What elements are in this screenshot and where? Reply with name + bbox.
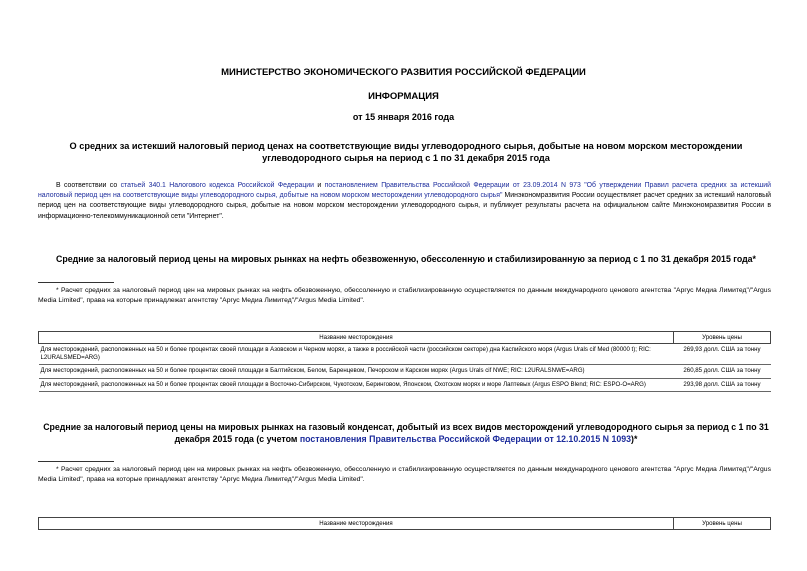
intro-paragraph: В соответствии со статьей 340.1 Налогово…: [38, 181, 771, 222]
price-cell: 269,93 долл. США за тонну: [674, 344, 771, 365]
price-cell: 293,98 долл. США за тонну: [674, 378, 771, 391]
document-date: от 15 января 2016 года: [0, 112, 807, 122]
footnote-divider: [38, 282, 114, 283]
condensate-prices-section-title: Средние за налоговый период цены на миро…: [36, 421, 776, 445]
table-row: Для месторождений, расположенных на 50 и…: [39, 378, 771, 391]
footnote-divider: [38, 461, 114, 462]
column-header-field-name: Название месторождения: [39, 518, 674, 530]
oil-prices-section-title: Средние за налоговый период цены на миро…: [36, 254, 776, 264]
field-name-cell: Для месторождений, расположенных на 50 и…: [39, 344, 674, 365]
document-type-heading: ИНФОРМАЦИЯ: [0, 91, 807, 102]
government-decree-1093-link[interactable]: постановления Правительства Российской Ф…: [300, 434, 631, 444]
intro-middle: и: [314, 182, 325, 189]
condensate-footnote: * Расчет средних за налоговый период цен…: [38, 465, 771, 485]
document-page: МИНИСТЕРСТВО ЭКОНОМИЧЕСКОГО РАЗВИТИЯ РОС…: [0, 0, 807, 571]
column-header-field-name: Название месторождения: [39, 332, 674, 344]
price-cell: 260,85 долл. США за тонну: [674, 365, 771, 378]
table-row: Для месторождений, расположенных на 50 и…: [39, 365, 771, 378]
ministry-heading: МИНИСТЕРСТВО ЭКОНОМИЧЕСКОГО РАЗВИТИЯ РОС…: [0, 67, 807, 78]
condensate-prices-table: Название месторождения Уровень цены: [38, 517, 771, 530]
field-name-cell: Для месторождений, расположенных на 50 и…: [39, 378, 674, 391]
intro-prefix: В соответствии со: [56, 182, 121, 189]
table-header-row: Название месторождения Уровень цены: [39, 332, 771, 344]
condensate-title-suffix: )*: [631, 434, 637, 444]
table-header-row: Название месторождения Уровень цены: [39, 518, 771, 530]
table-row: Для месторождений, расположенных на 50 и…: [39, 344, 771, 365]
oil-prices-table: Название месторождения Уровень цены Для …: [38, 331, 771, 392]
column-header-price-level: Уровень цены: [674, 518, 771, 530]
tax-code-article-link[interactable]: статьей 340.1 Налогового кодекса Российс…: [121, 182, 314, 189]
oil-footnote: * Расчет средних за налоговый период цен…: [38, 286, 771, 306]
column-header-price-level: Уровень цены: [674, 332, 771, 344]
document-subject-title: О средних за истекший налоговый период ц…: [36, 140, 776, 164]
field-name-cell: Для месторождений, расположенных на 50 и…: [39, 365, 674, 378]
